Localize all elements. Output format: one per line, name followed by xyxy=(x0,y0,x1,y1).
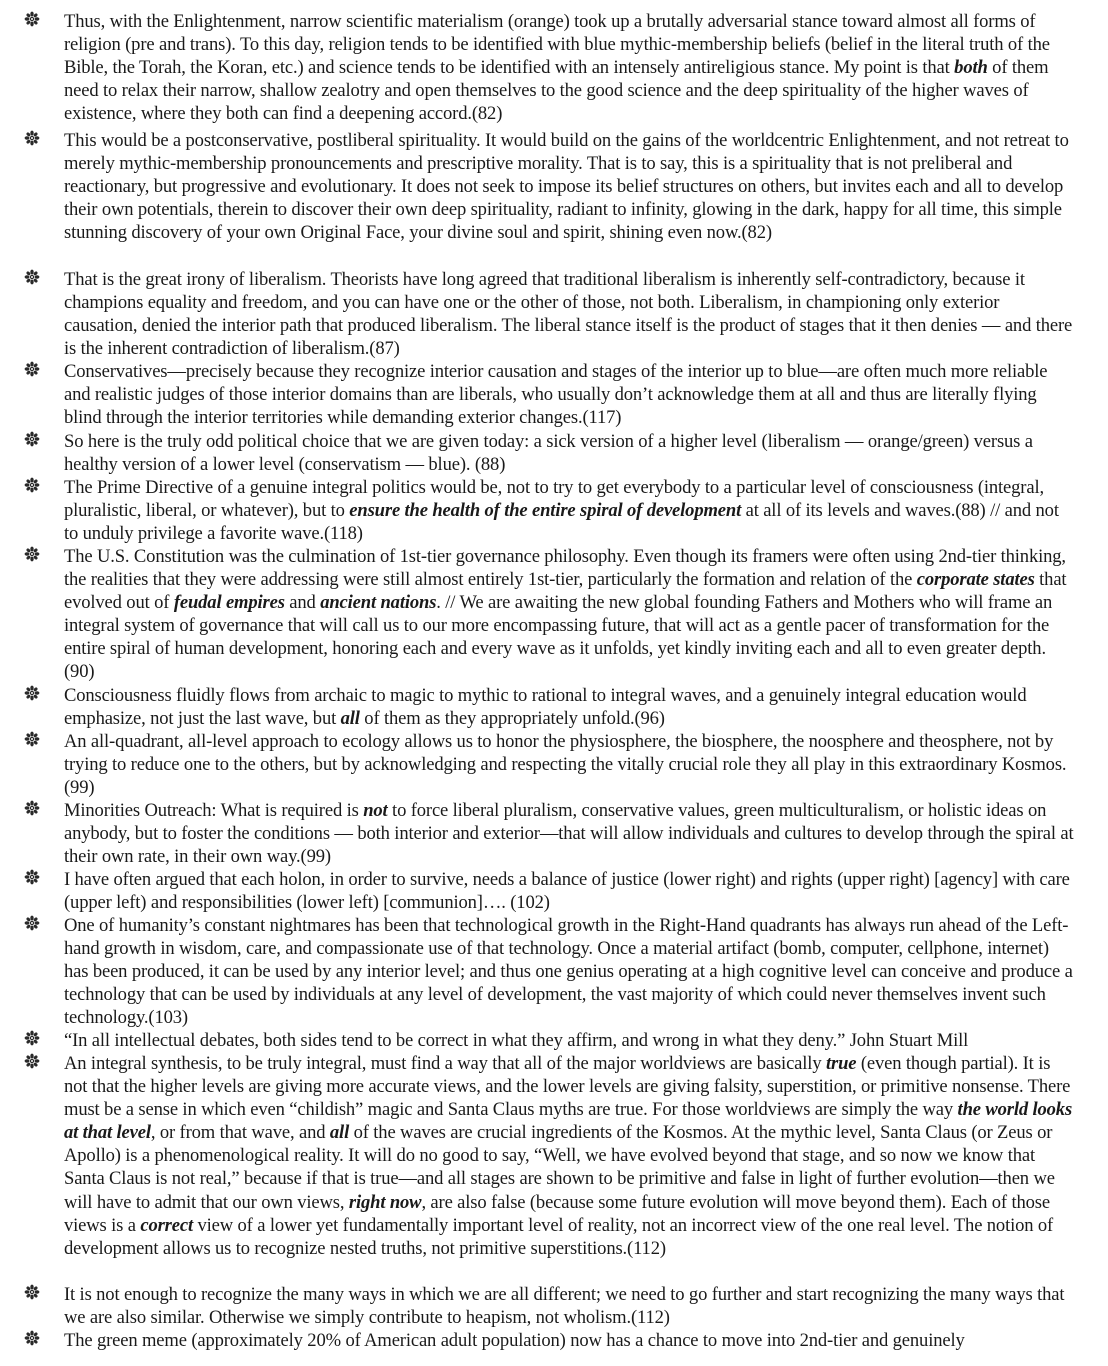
text-segment: So here is the truly odd political choic… xyxy=(64,431,1033,475)
flower-star-bullet-icon xyxy=(24,546,42,564)
emphasis: right now xyxy=(349,1192,422,1213)
emphasis: all xyxy=(341,708,360,729)
emphasis: true xyxy=(826,1053,856,1074)
text-segment: of them as they appropriately unfold.(96… xyxy=(360,708,665,729)
flower-star-bullet-icon xyxy=(24,1284,42,1302)
flower-star-bullet-icon xyxy=(24,130,42,148)
text-segment: and xyxy=(285,592,320,613)
text-segment: I have often argued that each holon, in … xyxy=(64,869,1070,913)
flower-star-bullet-icon xyxy=(24,11,42,29)
text-segment: The U.S. Constitution was the culminatio… xyxy=(64,546,1066,590)
emphasis: correct xyxy=(140,1215,193,1236)
bullet-text: Minorities Outreach: What is required is… xyxy=(64,799,1074,868)
emphasis-text: true xyxy=(826,1053,856,1074)
text-segment: One of humanity’s constant nightmares ha… xyxy=(64,915,1073,1028)
emphasis-text: all xyxy=(341,708,360,729)
bullet-text: “In all intellectual debates, both sides… xyxy=(64,1029,1074,1052)
emphasis: ancient nations xyxy=(320,592,436,613)
bullet-text: That is the great irony of liberalism. T… xyxy=(64,268,1074,360)
bullet-text: An all-quadrant, all-level approach to e… xyxy=(64,730,1074,799)
emphasis-text: feudal empires xyxy=(174,592,285,613)
flower-star-bullet-icon xyxy=(24,869,42,887)
text-segment: An all-quadrant, all-level approach to e… xyxy=(64,731,1066,798)
bullet-text: I have often argued that each holon, in … xyxy=(64,868,1074,914)
flower-star-bullet-icon xyxy=(24,361,42,379)
text-segment: Minorities Outreach: What is required is xyxy=(64,800,363,821)
flower-star-bullet-icon xyxy=(24,431,42,449)
text-segment: An integral synthesis, to be truly integ… xyxy=(64,1053,826,1074)
emphasis: both xyxy=(954,57,988,78)
text-segment: Thus, with the Enlightenment, narrow sci… xyxy=(64,11,1050,78)
bullet-text: Conservatives—precisely because they rec… xyxy=(64,360,1074,429)
emphasis: all xyxy=(330,1122,349,1143)
text-segment: This would be a postconservative, postli… xyxy=(64,130,1069,243)
emphasis-text: all xyxy=(330,1122,349,1143)
document-page: Thus, with the Enlightenment, narrow sci… xyxy=(0,0,1108,1366)
emphasis-text: both xyxy=(954,57,988,78)
text-segment: The green meme (approximately 20% of Ame… xyxy=(64,1330,965,1351)
flower-star-bullet-icon xyxy=(24,269,42,287)
flower-star-bullet-icon xyxy=(24,915,42,933)
emphasis-text: corporate states xyxy=(917,569,1035,590)
emphasis: corporate states xyxy=(917,569,1035,590)
bullet-text: The green meme (approximately 20% of Ame… xyxy=(64,1329,1074,1352)
bullet-text: So here is the truly odd political choic… xyxy=(64,430,1074,476)
bullet-text: The U.S. Constitution was the culminatio… xyxy=(64,545,1074,684)
bullet-text: This would be a postconservative, postli… xyxy=(64,129,1074,244)
emphasis: not xyxy=(363,800,387,821)
text-segment: view of a lower yet fundamentally import… xyxy=(64,1215,1053,1259)
emphasis: ensure the health of the entire spiral o… xyxy=(349,500,741,521)
bullet-text: Thus, with the Enlightenment, narrow sci… xyxy=(64,10,1074,125)
emphasis-text: ensure the health of the entire spiral o… xyxy=(349,500,741,521)
emphasis-text: correct xyxy=(140,1215,193,1236)
text-segment: Conservatives—precisely because they rec… xyxy=(64,361,1047,428)
flower-star-bullet-icon xyxy=(24,1030,42,1048)
bullet-text: Consciousness fluidly flows from archaic… xyxy=(64,684,1074,730)
flower-star-bullet-icon xyxy=(24,685,42,703)
flower-star-bullet-icon xyxy=(24,731,42,749)
bullet-text: An integral synthesis, to be truly integ… xyxy=(64,1052,1074,1260)
flower-star-bullet-icon xyxy=(24,800,42,818)
emphasis-text: right now xyxy=(349,1192,422,1213)
text-segment: “In all intellectual debates, both sides… xyxy=(64,1030,968,1051)
emphasis-text: ancient nations xyxy=(320,592,436,613)
bullet-text: One of humanity’s constant nightmares ha… xyxy=(64,914,1074,1029)
flower-star-bullet-icon xyxy=(24,1330,42,1348)
text-segment: It is not enough to recognize the many w… xyxy=(64,1284,1064,1328)
bullet-text: The Prime Directive of a genuine integra… xyxy=(64,476,1074,545)
text-segment: , or from that wave, and xyxy=(151,1122,330,1143)
emphasis-text: not xyxy=(363,800,387,821)
flower-star-bullet-icon xyxy=(24,477,42,495)
text-segment: That is the great irony of liberalism. T… xyxy=(64,269,1072,359)
emphasis: feudal empires xyxy=(174,592,285,613)
bullet-text: It is not enough to recognize the many w… xyxy=(64,1283,1074,1329)
flower-star-bullet-icon xyxy=(24,1053,42,1071)
